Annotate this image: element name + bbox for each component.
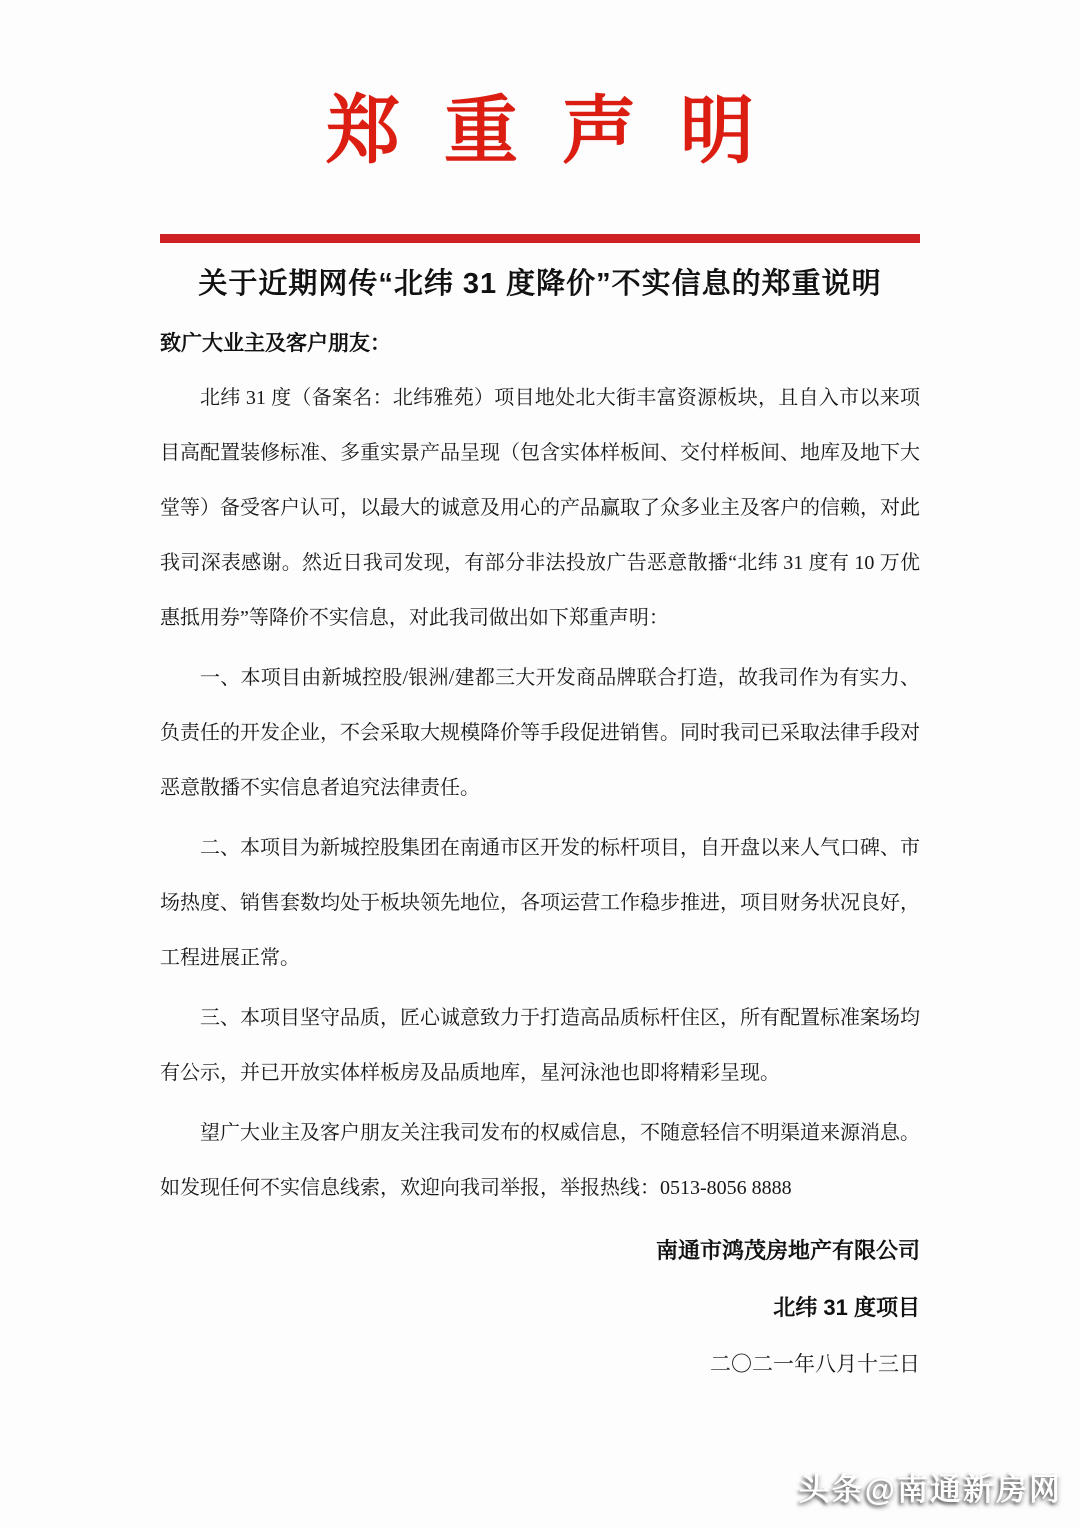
signature-block: 南通市鸿茂房地产有限公司 北纬 31 度项目 二〇二一年八月十三日 [160,1222,920,1393]
signature-date: 二〇二一年八月十三日 [160,1336,920,1393]
statement-page: 郑重声明 关于近期网传“北纬 31 度降价”不实信息的郑重说明 致广大业主及客户… [0,0,1080,1527]
body-paragraph: 三、本项目坚守品质，匠心诚意致力于打造高品质标杆住区，所有配置标准案场均有公示，… [160,991,920,1101]
salutation: 致广大业主及客户朋友： [160,316,920,371]
body-paragraph: 北纬 31 度（备案名：北纬雅苑）项目地处北大街丰富资源板块，且自入市以来项目高… [160,371,920,646]
signature-company: 南通市鸿茂房地产有限公司 [160,1222,920,1279]
body-paragraph: 一、本项目由新城控股/银洲/建都三大开发商品牌联合打造，故我司作为有实力、负责任… [160,651,920,816]
toutiao-watermark: 头条@南通新房网 [799,1464,1062,1509]
document-title: 郑重声明 [160,84,920,182]
body-paragraph: 二、本项目为新城控股集团在南通市区开发的标杆项目，自开盘以来人气口碑、市场热度、… [160,821,920,986]
document-subtitle: 关于近期网传“北纬 31 度降价”不实信息的郑重说明 [160,265,920,304]
signature-project: 北纬 31 度项目 [160,1279,920,1336]
body-paragraphs: 北纬 31 度（备案名：北纬雅苑）项目地处北大街丰富资源板块，且自入市以来项目高… [160,371,920,1216]
body-paragraph: 望广大业主及客户朋友关注我司发布的权威信息，不随意轻信不明渠道来源消息。如发现任… [160,1106,920,1216]
red-divider [160,234,920,243]
